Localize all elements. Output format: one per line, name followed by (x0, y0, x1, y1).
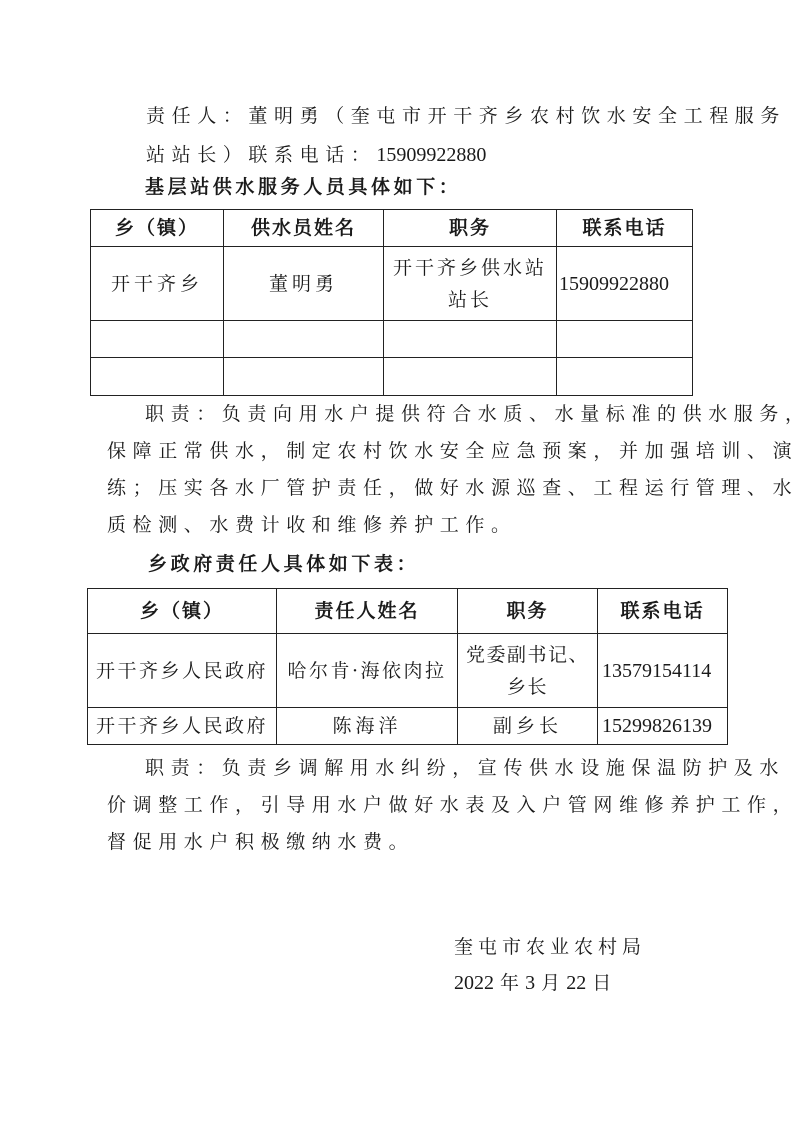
signature-date: 2022 年 3 月 22 日 (454, 965, 611, 1002)
table-header-row: 乡（镇） 供水员姓名 职务 联系电话 (91, 210, 693, 247)
government-heading: 乡政府责任人具体如下表： (148, 549, 419, 576)
government-duties-line-2: 价调整工作，引导用水户做好水表及入户管网维修养护工作， (107, 787, 793, 824)
cell-responsible-name: 陈海洋 (277, 708, 458, 745)
station-duties-line-4: 质检测、水费计收和维修养护工作。 (107, 507, 517, 544)
cell-township: 开干齐乡人民政府 (88, 634, 277, 708)
cell-township (91, 358, 224, 396)
cell-staff-name (224, 321, 384, 358)
column-header-township: 乡（镇） (91, 210, 224, 247)
station-duties-line-1: 职责：负责向用水户提供符合水质、水量标准的供水服务， (145, 396, 793, 433)
date-year-unit: 年 (500, 972, 519, 994)
date-day: 22 (566, 972, 586, 994)
cell-position: 副乡长 (458, 708, 598, 745)
station-staff-heading: 基层站供水服务人员具体如下： (145, 172, 461, 199)
cell-position: 开干齐乡供水站站长 (384, 247, 557, 321)
responsible-person-contact-label: 站站长）联系电话： (146, 144, 376, 166)
station-duties-line-2: 保障正常供水，制定农村饮水安全应急预案，并加强培训、演 (107, 433, 793, 470)
cell-responsible-name: 哈尔肯·海依肉拉 (277, 634, 458, 708)
cell-phone (557, 321, 693, 358)
cell-township: 开干齐乡 (91, 247, 224, 321)
table-row (91, 358, 693, 396)
column-header-staff-name: 供水员姓名 (224, 210, 384, 247)
column-header-phone: 联系电话 (598, 589, 728, 634)
cell-phone: 15909922880 (557, 247, 693, 321)
responsible-person-phone: 15909922880 (376, 144, 486, 166)
cell-township (91, 321, 224, 358)
column-header-phone: 联系电话 (557, 210, 693, 247)
station-staff-table: 乡（镇） 供水员姓名 职务 联系电话 开干齐乡 董明勇 开干齐乡供水站站长 15… (90, 209, 693, 396)
table-row: 开干齐乡人民政府 陈海洋 副乡长 15299826139 (88, 708, 728, 745)
responsible-person-line-2: 站站长）联系电话：15909922880 (146, 137, 486, 174)
date-month: 3 (525, 972, 535, 994)
government-responsible-table: 乡（镇） 责任人姓名 职务 联系电话 开干齐乡人民政府 哈尔肯·海依肉拉 党委副… (87, 588, 728, 745)
cell-phone (557, 358, 693, 396)
station-duties-line-3: 练；压实各水厂管护责任，做好水源巡查、工程运行管理、水 (107, 470, 793, 507)
column-header-position: 职务 (384, 210, 557, 247)
column-header-position: 职务 (458, 589, 598, 634)
date-month-unit: 月 (541, 972, 560, 994)
cell-phone: 15299826139 (598, 708, 728, 745)
cell-position (384, 321, 557, 358)
column-header-responsible-name: 责任人姓名 (277, 589, 458, 634)
cell-phone: 13579154114 (598, 634, 728, 708)
table-row: 开干齐乡 董明勇 开干齐乡供水站站长 15909922880 (91, 247, 693, 321)
cell-position (384, 358, 557, 396)
table-row (91, 321, 693, 358)
table-header-row: 乡（镇） 责任人姓名 职务 联系电话 (88, 589, 728, 634)
government-duties-line-3: 督促用水户积极缴纳水费。 (107, 824, 414, 861)
column-header-township: 乡（镇） (88, 589, 277, 634)
government-duties-line-1: 职责：负责乡调解用水纠纷，宣传供水设施保温防护及水 (145, 750, 785, 787)
cell-position: 党委副书记、乡长 (458, 634, 598, 708)
date-day-unit: 日 (592, 972, 611, 994)
signature-organization: 奎屯市农业农村局 (454, 929, 646, 966)
table-row: 开干齐乡人民政府 哈尔肯·海依肉拉 党委副书记、乡长 13579154114 (88, 634, 728, 708)
cell-staff-name: 董明勇 (224, 247, 384, 321)
cell-township: 开干齐乡人民政府 (88, 708, 277, 745)
cell-staff-name (224, 358, 384, 396)
date-year: 2022 (454, 972, 494, 994)
responsible-person-line-1: 责任人：董明勇（奎屯市开干齐乡农村饮水安全工程服务 (146, 98, 786, 135)
